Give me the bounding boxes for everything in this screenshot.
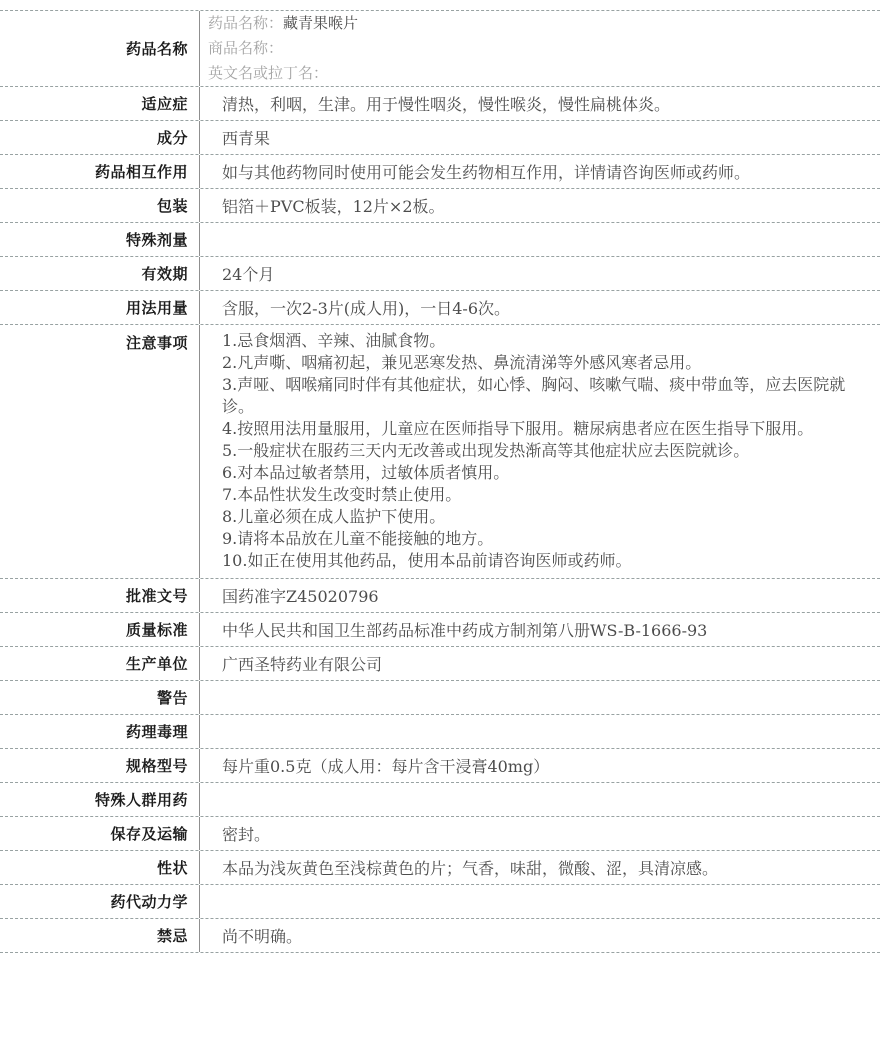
precaution-item: 3.声哑、咽喉痛同时伴有其他症状，如心悸、胸闷、咳嗽气喘、痰中带血等，应去医院就…: [222, 374, 868, 418]
precautions-label: 注意事项: [0, 325, 200, 578]
precaution-item: 1.忌食烟酒、辛辣、油腻食物。: [222, 330, 868, 352]
pharmacology-toxicology-value: [200, 715, 880, 748]
drug-name-sublabel: 药品名称：: [208, 14, 283, 32]
precaution-item: 8.儿童必须在成人监护下使用。: [222, 506, 868, 528]
validity-period-value: 24个月: [200, 257, 880, 290]
quality-standard-value: 中华人民共和国卫生部药品标准中药成方制剂第八册WS-B-1666-93: [200, 613, 880, 646]
table-row: 用法用量 含服，一次2-3片(成人用)，一日4-6次。: [0, 291, 880, 325]
table-row: 有效期 24个月: [0, 257, 880, 291]
ingredients-value: 西青果: [200, 121, 880, 154]
indications-value: 清热，利咽，生津。用于慢性咽炎，慢性喉炎，慢性扁桃体炎。: [200, 87, 880, 120]
indications-label: 适应症: [0, 87, 200, 120]
manufacturer-value: 广西圣特药业有限公司: [200, 647, 880, 680]
pharmacokinetics-label: 药代动力学: [0, 885, 200, 918]
precaution-item: 7.本品性状发生改变时禁止使用。: [222, 484, 868, 506]
table-row: 成分 西青果: [0, 121, 880, 155]
table-row: 保存及运输 密封。: [0, 817, 880, 851]
table-row: 批准文号 国药准字Z45020796: [0, 579, 880, 613]
table-row: 特殊剂量: [0, 223, 880, 257]
special-population-medication-label: 特殊人群用药: [0, 783, 200, 816]
quality-standard-label: 质量标准: [0, 613, 200, 646]
pharmacology-toxicology-label: 药理毒理: [0, 715, 200, 748]
warning-value: [200, 681, 880, 714]
table-row: 特殊人群用药: [0, 783, 880, 817]
table-row: 规格型号 每片重0.5克（成人用：每片含干浸膏40mg）: [0, 749, 880, 783]
special-population-medication-value: [200, 783, 880, 816]
latin-name-sublabel: 英文名或拉丁名：: [208, 64, 328, 82]
latin-name-field: 英文名或拉丁名：: [208, 61, 328, 86]
precaution-item: 9.请将本品放在儿童不能接触的地方。: [222, 528, 868, 550]
manufacturer-label: 生产单位: [0, 647, 200, 680]
storage-and-transport-value: 密封。: [200, 817, 880, 850]
table-row: 药理毒理: [0, 715, 880, 749]
table-row: 药代动力学: [0, 885, 880, 919]
drug-interactions-label: 药品相互作用: [0, 155, 200, 188]
trade-name-field: 商品名称：: [208, 36, 283, 61]
specification-label: 规格型号: [0, 749, 200, 782]
approval-number-label: 批准文号: [0, 579, 200, 612]
precaution-item: 2.凡声嘶、咽痛初起，兼见恶寒发热、鼻流清涕等外感风寒者忌用。: [222, 352, 868, 374]
drug-name-value: 藏青果喉片: [283, 14, 358, 32]
approval-number-value: 国药准字Z45020796: [200, 579, 880, 612]
warning-label: 警告: [0, 681, 200, 714]
validity-period-label: 有效期: [0, 257, 200, 290]
ingredients-label: 成分: [0, 121, 200, 154]
table-row: 性状 本品为浅灰黄色至浅棕黄色的片；气香，味甜，微酸、涩，具清凉感。: [0, 851, 880, 885]
precaution-item: 5.一般症状在服药三天内无改善或出现发热渐高等其他症状应去医院就诊。: [222, 440, 868, 462]
table-row: 质量标准 中华人民共和国卫生部药品标准中药成方制剂第八册WS-B-1666-93: [0, 613, 880, 647]
drug-name-row-label: 药品名称: [0, 11, 200, 86]
precaution-item: 10.如正在使用其他药品，使用本品前请咨询医师或药师。: [222, 550, 868, 572]
drug-interactions-value: 如与其他药物同时使用可能会发生药物相互作用，详情请咨询医师或药师。: [200, 155, 880, 188]
table-row: 药品相互作用 如与其他药物同时使用可能会发生药物相互作用，详情请咨询医师或药师。: [0, 155, 880, 189]
properties-value: 本品为浅灰黄色至浅棕黄色的片；气香，味甜，微酸、涩，具清凉感。: [200, 851, 880, 884]
contraindications-value: 尚不明确。: [200, 919, 880, 952]
usage-and-dosage-value: 含服，一次2-3片(成人用)，一日4-6次。: [200, 291, 880, 324]
pharmacokinetics-value: [200, 885, 880, 918]
table-row: 生产单位 广西圣特药业有限公司: [0, 647, 880, 681]
packaging-value: 铝箔＋PVC板装，12片×2板。: [200, 189, 880, 222]
packaging-label: 包装: [0, 189, 200, 222]
specification-value: 每片重0.5克（成人用：每片含干浸膏40mg）: [200, 749, 880, 782]
table-row: 药品名称 药品名称：藏青果喉片 商品名称： 英文名或拉丁名：: [0, 11, 880, 87]
table-row: 警告: [0, 681, 880, 715]
drug-info-table: 药品名称 药品名称：藏青果喉片 商品名称： 英文名或拉丁名： 适应症 清热，利咽…: [0, 10, 880, 953]
drug-name-row-value: 药品名称：藏青果喉片 商品名称： 英文名或拉丁名：: [200, 11, 880, 86]
table-row: 注意事项 1.忌食烟酒、辛辣、油腻食物。 2.凡声嘶、咽痛初起，兼见恶寒发热、鼻…: [0, 325, 880, 579]
properties-label: 性状: [0, 851, 200, 884]
drug-name-field: 药品名称：藏青果喉片: [208, 11, 358, 36]
special-dosage-label: 特殊剂量: [0, 223, 200, 256]
usage-and-dosage-label: 用法用量: [0, 291, 200, 324]
precautions-value: 1.忌食烟酒、辛辣、油腻食物。 2.凡声嘶、咽痛初起，兼见恶寒发热、鼻流清涕等外…: [200, 325, 880, 578]
storage-and-transport-label: 保存及运输: [0, 817, 200, 850]
table-row: 禁忌 尚不明确。: [0, 919, 880, 953]
special-dosage-value: [200, 223, 880, 256]
table-row: 包装 铝箔＋PVC板装，12片×2板。: [0, 189, 880, 223]
trade-name-sublabel: 商品名称：: [208, 39, 283, 57]
contraindications-label: 禁忌: [0, 919, 200, 952]
precaution-item: 6.对本品过敏者禁用，过敏体质者慎用。: [222, 462, 868, 484]
precaution-item: 4.按照用法用量服用，儿童应在医师指导下服用。糖尿病患者应在医生指导下服用。: [222, 418, 868, 440]
table-row: 适应症 清热，利咽，生津。用于慢性咽炎，慢性喉炎，慢性扁桃体炎。: [0, 87, 880, 121]
